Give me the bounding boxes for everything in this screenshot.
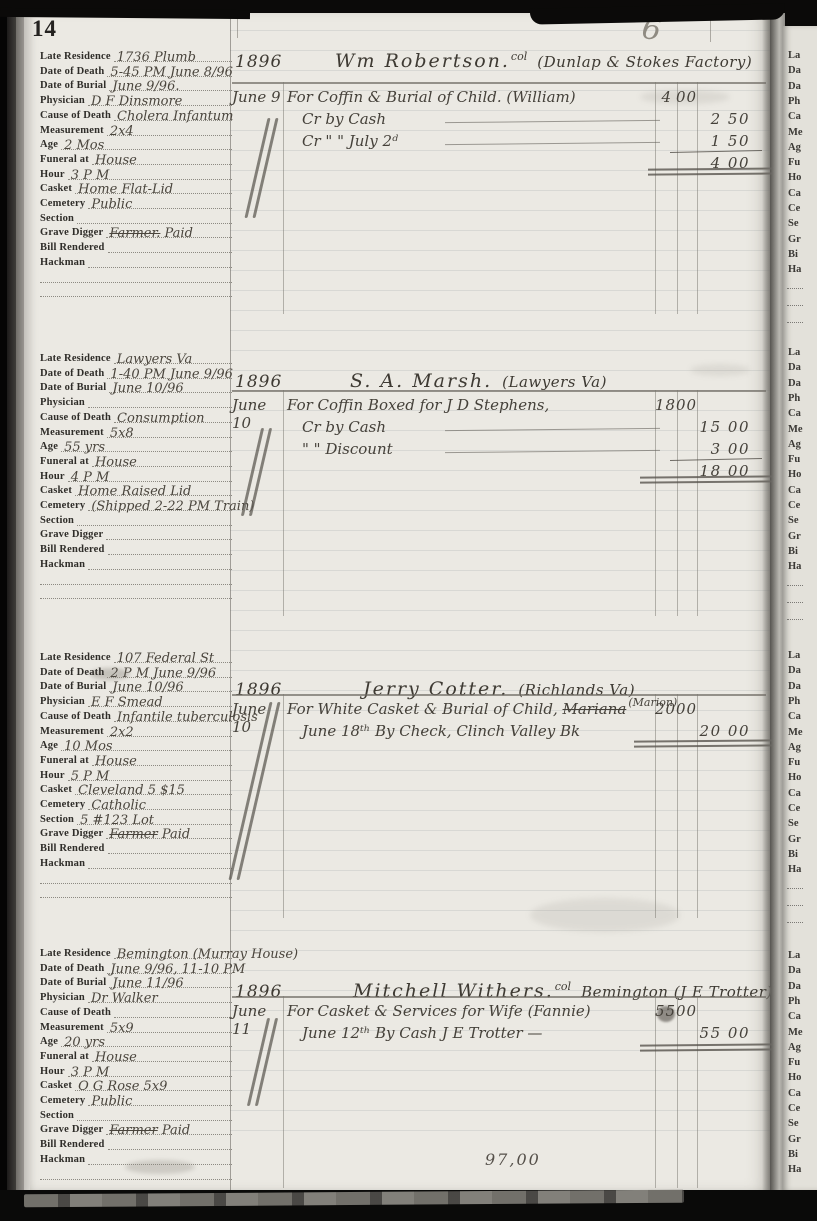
right-page-label-stub: Ag bbox=[788, 1042, 801, 1053]
ledger-line: June 10For White Casket & Burial of Chil… bbox=[230, 698, 770, 720]
right-page-label-stub: Gr bbox=[788, 234, 801, 245]
right-page-label-stub: Se bbox=[788, 218, 799, 229]
right-page-label-stub: Da bbox=[788, 665, 801, 676]
dotted-leader bbox=[77, 511, 232, 526]
form-label: Bill Rendered bbox=[40, 544, 108, 555]
form-row: Age20 yrs bbox=[40, 1032, 232, 1047]
dotted-leader: Cholera Infantum bbox=[114, 106, 232, 121]
right-page-label-stub: Me bbox=[788, 1027, 803, 1038]
form-label: Funeral at bbox=[40, 456, 92, 467]
form-row: Late ResidenceLawyers Va bbox=[40, 349, 232, 364]
ledger-line: Cr by Cash15 00 bbox=[230, 416, 770, 438]
dotted-leader: Catholic bbox=[88, 795, 232, 810]
entry-name: Mitchell Withers. bbox=[353, 980, 554, 1002]
dotted-leader: June 10/96 bbox=[109, 378, 232, 393]
form-label: Date of Death bbox=[40, 368, 107, 379]
right-page-label-stub: Ca bbox=[788, 485, 801, 496]
dotted-leader: 10 Mos bbox=[61, 736, 232, 751]
right-page-label-stub: La bbox=[788, 650, 800, 661]
right-page-label-stub: Ph bbox=[788, 696, 800, 707]
ledger-line: June 18ᵗʰ By Check, Clinch Valley Bk20 0… bbox=[230, 720, 770, 742]
right-page-label-stub: Ca bbox=[788, 1088, 801, 1099]
right-page-label-stub: Me bbox=[788, 424, 803, 435]
dotted-leader: Dr Walker bbox=[88, 988, 232, 1003]
debit-dollars: 20 bbox=[655, 700, 676, 718]
line-debit: 400 bbox=[655, 88, 699, 106]
dotted-leader: 5-45 PM June 8/96 bbox=[107, 62, 232, 77]
form-row: Age10 Mos bbox=[40, 736, 232, 751]
header-rule bbox=[232, 694, 766, 696]
page-edge-dash bbox=[787, 602, 803, 603]
right-page-label-stub: Da bbox=[788, 965, 801, 976]
dotted-leader: Farmer Paid bbox=[106, 1120, 232, 1135]
right-page-label-stub: Gr bbox=[788, 531, 801, 542]
dotted-leader: House bbox=[92, 751, 232, 766]
dotted-leader bbox=[40, 282, 232, 297]
form-row: Measurement5x9 bbox=[40, 1018, 232, 1033]
form-row: Measurement5x8 bbox=[40, 423, 232, 438]
ledger-line: June 11For Casket & Services for Wife (F… bbox=[230, 1000, 770, 1022]
dotted-leader bbox=[77, 209, 232, 224]
form-label: Cemetery bbox=[40, 198, 88, 209]
form-row: Grave DiggerFarmer Paid bbox=[40, 824, 232, 839]
form-row: PhysicianD F Dinsmore bbox=[40, 91, 232, 106]
dotted-leader: 4 P M bbox=[68, 467, 232, 482]
form-row: Measurement2x4 bbox=[40, 121, 232, 136]
dotted-leader: Public bbox=[88, 194, 232, 209]
page-edge-dash bbox=[787, 322, 803, 323]
page-edge-dash bbox=[787, 905, 803, 906]
dotted-leader: 55 yrs bbox=[61, 437, 232, 452]
dotted-leader: Home Raised Lid bbox=[75, 481, 232, 496]
dotted-leader: E F Smead bbox=[88, 692, 232, 707]
form-row: CasketHome Flat-Lid bbox=[40, 179, 232, 194]
line-credit: 15 00 bbox=[655, 418, 750, 436]
form-label: Age bbox=[40, 740, 61, 751]
entry-year: 1896 bbox=[235, 680, 295, 700]
dotted-leader: 3 P M bbox=[68, 165, 232, 180]
right-page-label-stub: Ha bbox=[788, 1164, 801, 1175]
dotted-leader: 1-40 PM June 9/96 bbox=[107, 364, 232, 379]
dotted-leader: 5x9 bbox=[107, 1018, 232, 1033]
form-row: Hackman bbox=[40, 1150, 232, 1165]
double-rule bbox=[640, 1048, 778, 1051]
form-row: Cause of DeathInfantile tuberculosis bbox=[40, 707, 232, 722]
line-text: " " Discount bbox=[302, 440, 393, 458]
page-gutter bbox=[762, 10, 785, 1200]
dotted-leader: O G Rose 5x9 bbox=[75, 1076, 232, 1091]
right-page-label-stub: Ha bbox=[788, 561, 801, 572]
right-page-label-stub: Ho bbox=[788, 772, 801, 783]
form-row: CasketO G Rose 5x9 bbox=[40, 1076, 232, 1091]
right-page-label-stub: Se bbox=[788, 1118, 799, 1129]
dotted-leader bbox=[108, 1135, 232, 1150]
form-label: Hour bbox=[40, 770, 68, 781]
dotted-leader: Bemington (Murray House) bbox=[114, 944, 232, 959]
debit-dollars: 18 bbox=[655, 396, 676, 414]
form-label: Hour bbox=[40, 471, 68, 482]
right-page-label-stub: Ca bbox=[788, 111, 801, 122]
right-page-label-stub: La bbox=[788, 347, 800, 358]
form-label: Date of Death bbox=[40, 66, 107, 77]
dotted-leader: 20 yrs bbox=[61, 1032, 232, 1047]
dotted-leader: Lawyers Va bbox=[114, 349, 232, 364]
form-label: Bill Rendered bbox=[40, 242, 108, 253]
right-page-label-stub: Ag bbox=[788, 742, 801, 753]
form-row: PhysicianE F Smead bbox=[40, 692, 232, 707]
debit-dollars: 55 bbox=[655, 1002, 676, 1020]
dotted-leader: June 9/96. bbox=[109, 76, 232, 91]
line-text: Cr by Cash bbox=[302, 110, 386, 128]
right-page-label-stub: Ho bbox=[788, 1072, 801, 1083]
bleed-through-mark bbox=[530, 898, 680, 932]
page-number: 14 bbox=[32, 16, 57, 42]
dotted-leader: Infantile tuberculosis bbox=[114, 707, 232, 722]
form-row: CasketHome Raised Lid bbox=[40, 481, 232, 496]
form-label: Bill Rendered bbox=[40, 843, 108, 854]
form-row: Hour5 P M bbox=[40, 766, 232, 781]
form-label: Physician bbox=[40, 95, 88, 106]
book-edge-strip bbox=[7, 0, 16, 1221]
ledger-line: 18 00 bbox=[230, 460, 770, 482]
form-row: Hour4 P M bbox=[40, 467, 232, 482]
form-label: Measurement bbox=[40, 125, 107, 136]
form-row: Date of BurialJune 9/96. bbox=[40, 76, 232, 91]
right-page-label-stub: Gr bbox=[788, 834, 801, 845]
form-label: Late Residence bbox=[40, 51, 114, 62]
right-page-label-stub: Ho bbox=[788, 172, 801, 183]
right-page-label-stub: Ca bbox=[788, 408, 801, 419]
form-label: Hackman bbox=[40, 257, 88, 268]
form-label: Grave Digger bbox=[40, 529, 106, 540]
dotted-leader: Public bbox=[88, 1091, 232, 1106]
dotted-leader: June 10/96 bbox=[109, 677, 232, 692]
form-row: Cause of DeathCholera Infantum bbox=[40, 106, 232, 121]
right-page-label-stub: Ca bbox=[788, 188, 801, 199]
header-rule bbox=[232, 390, 766, 392]
right-page-label-stub: Da bbox=[788, 378, 801, 389]
form-row: Bill Rendered bbox=[40, 238, 232, 253]
form-row bbox=[40, 1165, 232, 1180]
page-edge-dash bbox=[787, 922, 803, 923]
form-label: Date of Burial bbox=[40, 382, 109, 393]
book-edge-strip bbox=[0, 0, 7, 1221]
entry-header: 1896Wm Robertson.col(Dunlap & Stokes Fac… bbox=[235, 50, 762, 76]
right-page-label-stub: Ce bbox=[788, 803, 800, 814]
line-debit: 5500 bbox=[655, 1002, 699, 1020]
entry-name: Wm Robertson. bbox=[335, 50, 510, 72]
dotted-leader: 5 P M bbox=[68, 766, 232, 781]
line-text: June 18ᵗʰ By Check, Clinch Valley Bk bbox=[302, 722, 580, 740]
double-rule bbox=[640, 1043, 778, 1046]
form-label: Hackman bbox=[40, 1154, 88, 1165]
right-page-label-stub: Bi bbox=[788, 1149, 798, 1160]
right-page-label-stub: Fu bbox=[788, 757, 800, 768]
form-label: Cemetery bbox=[40, 1095, 88, 1106]
dotted-leader: 3 P M bbox=[68, 1062, 232, 1077]
form-label: Grave Digger bbox=[40, 828, 106, 839]
dotted-leader: 107 Federal St bbox=[114, 648, 232, 663]
right-page-label-stub: Da bbox=[788, 981, 801, 992]
form-label: Section bbox=[40, 213, 77, 224]
form-label: Section bbox=[40, 515, 77, 526]
form-row: Date of DeathJune 9/96, 11-10 PM bbox=[40, 959, 232, 974]
line-debit: 2000 bbox=[655, 700, 699, 718]
ledger-line: Cr " " July 2ᵈ1 50 bbox=[230, 130, 770, 152]
entry-name-note: (Dunlap & Stokes Factory) bbox=[537, 53, 752, 71]
right-page-label-stub: Ha bbox=[788, 264, 801, 275]
right-page-label-stub: Ca bbox=[788, 788, 801, 799]
dotted-leader bbox=[40, 584, 232, 599]
ledger-line: June 12ᵗʰ By Cash J E Trotter —55 00 bbox=[230, 1022, 770, 1044]
form-row: CemeteryCatholic bbox=[40, 795, 232, 810]
dotted-leader bbox=[40, 268, 232, 283]
dotted-leader: 2x4 bbox=[107, 121, 232, 136]
line-text: For White Casket & Burial of Child, Mari… bbox=[287, 700, 677, 718]
form-label: Section bbox=[40, 814, 77, 825]
right-page-label-stub: Ag bbox=[788, 439, 801, 450]
form-row: Measurement2x2 bbox=[40, 722, 232, 737]
debit-cents: 00 bbox=[676, 396, 697, 414]
form-label: Hackman bbox=[40, 858, 88, 869]
form-label: Age bbox=[40, 139, 61, 150]
form-row: Physician bbox=[40, 393, 232, 408]
filler-dash bbox=[445, 428, 660, 431]
entry-name: S. A. Marsh. bbox=[350, 370, 492, 392]
line-credit: 55 00 bbox=[655, 1024, 750, 1042]
right-page-label-stub: Ph bbox=[788, 393, 800, 404]
form-label: Late Residence bbox=[40, 353, 114, 364]
form-label: Cause of Death bbox=[40, 110, 114, 121]
line-credit: 3 00 bbox=[655, 440, 750, 458]
right-page-label-stub: Bi bbox=[788, 849, 798, 860]
form-label: Funeral at bbox=[40, 1051, 92, 1062]
right-page-label-stub: La bbox=[788, 50, 800, 61]
entry-name-note: (Lawyers Va) bbox=[502, 373, 607, 391]
right-page-label-stub: Se bbox=[788, 515, 799, 526]
dotted-leader bbox=[108, 839, 232, 854]
form-row: Date of Death1-40 PM June 9/96 bbox=[40, 364, 232, 379]
form-row: Hackman bbox=[40, 253, 232, 268]
dotted-leader bbox=[88, 393, 232, 408]
form-row: Grave DiggerFarmer Paid bbox=[40, 1120, 232, 1135]
dotted-leader: June 9/96, 11-10 PM bbox=[107, 959, 232, 974]
main-page: 14 6 97,00 Late Residence1736 PlumbDate … bbox=[30, 12, 770, 1190]
form-label: Cause of Death bbox=[40, 711, 114, 722]
form-label: Age bbox=[40, 1036, 61, 1047]
form-row: Section5 #123 Lot bbox=[40, 810, 232, 825]
line-credit: 1 50 bbox=[655, 132, 750, 150]
form-row bbox=[40, 584, 232, 599]
form-label: Date of Death bbox=[40, 963, 107, 974]
double-rule bbox=[634, 744, 778, 747]
form-label: Hour bbox=[40, 169, 68, 180]
line-date: June 9 bbox=[232, 88, 284, 106]
form-row: Hour3 P M bbox=[40, 1062, 232, 1077]
form-row: Section bbox=[40, 209, 232, 224]
double-rule bbox=[640, 480, 778, 483]
form-label: Physician bbox=[40, 992, 88, 1003]
form-label: Measurement bbox=[40, 1022, 107, 1033]
form-row: Date of Death2 P M June 9/96 bbox=[40, 663, 232, 678]
form-row bbox=[40, 268, 232, 283]
right-page-label-stub: Da bbox=[788, 681, 801, 692]
form-row: Hour3 P M bbox=[40, 165, 232, 180]
dotted-leader bbox=[88, 555, 232, 570]
ledger-line: Cr by Cash2 50 bbox=[230, 108, 770, 130]
tally-mark bbox=[249, 702, 269, 880]
right-page-label-stub: Fu bbox=[788, 157, 800, 168]
page-edge-dash bbox=[787, 888, 803, 889]
form-row: CemeteryPublic bbox=[40, 1091, 232, 1106]
form-row: Grave Digger bbox=[40, 525, 232, 540]
form-row: Funeral atHouse bbox=[40, 452, 232, 467]
form-label: Late Residence bbox=[40, 652, 114, 663]
dotted-leader: Home Flat-Lid bbox=[75, 179, 232, 194]
form-label: Age bbox=[40, 441, 61, 452]
form-row: Bill Rendered bbox=[40, 839, 232, 854]
entry-name-note: (Richlands Va) bbox=[518, 681, 635, 699]
dotted-leader bbox=[88, 253, 232, 268]
form-row bbox=[40, 570, 232, 585]
form-label: Casket bbox=[40, 784, 75, 795]
line-credit: 20 00 bbox=[655, 722, 750, 740]
form-row: CemeteryPublic bbox=[40, 194, 232, 209]
form-label: Date of Burial bbox=[40, 977, 109, 988]
line-text: Cr " " July 2ᵈ bbox=[302, 132, 398, 150]
debit-cents: 00 bbox=[676, 700, 697, 718]
form-label: Funeral at bbox=[40, 154, 92, 165]
form-row: Date of BurialJune 11/96 bbox=[40, 973, 232, 988]
form-row: Funeral atHouse bbox=[40, 1047, 232, 1062]
form-label: Bill Rendered bbox=[40, 1139, 108, 1150]
form-row: Age55 yrs bbox=[40, 437, 232, 452]
entry-year: 1896 bbox=[235, 372, 295, 392]
form-label: Physician bbox=[40, 397, 88, 408]
form-row: Cause of DeathConsumption bbox=[40, 408, 232, 423]
right-page-label-stub: La bbox=[788, 950, 800, 961]
right-page-label-stub: Ca bbox=[788, 1011, 801, 1022]
dotted-leader: Farmer. Paid bbox=[106, 223, 232, 238]
dotted-leader: Farmer Paid bbox=[106, 824, 232, 839]
line-text: For Coffin Boxed for J D Stephens, bbox=[287, 396, 549, 414]
dotted-leader bbox=[88, 854, 232, 869]
dotted-leader: House bbox=[92, 1047, 232, 1062]
right-page-label-stub: Fu bbox=[788, 1057, 800, 1068]
form-label: Grave Digger bbox=[40, 1124, 106, 1135]
page-edge-dash bbox=[787, 619, 803, 620]
filler-dash bbox=[445, 450, 660, 453]
dotted-leader bbox=[40, 570, 232, 585]
form-label: Cause of Death bbox=[40, 412, 114, 423]
right-page-label-stub: Da bbox=[788, 81, 801, 92]
right-page-label-stub: Ce bbox=[788, 1103, 800, 1114]
dotted-leader bbox=[40, 869, 232, 884]
form-label: Date of Death bbox=[40, 667, 107, 678]
form-row: Date of Death5-45 PM June 8/96 bbox=[40, 62, 232, 77]
form-label: Measurement bbox=[40, 427, 107, 438]
dotted-leader bbox=[40, 1165, 232, 1180]
form-label: Physician bbox=[40, 696, 88, 707]
scanned-ledger-page: 14 6 97,00 Late Residence1736 PlumbDate … bbox=[0, 0, 817, 1221]
entry-year: 1896 bbox=[235, 52, 295, 72]
dotted-leader: House bbox=[92, 150, 232, 165]
form-label: Casket bbox=[40, 183, 75, 194]
dotted-leader bbox=[114, 1003, 232, 1018]
line-credit: 2 50 bbox=[655, 110, 750, 128]
form-row: Cause of Death bbox=[40, 1003, 232, 1018]
dotted-leader: D F Dinsmore bbox=[88, 91, 232, 106]
form-row: Age2 Mos bbox=[40, 135, 232, 150]
dotted-leader bbox=[108, 238, 232, 253]
form-row: PhysicianDr Walker bbox=[40, 988, 232, 1003]
dotted-leader bbox=[77, 1106, 232, 1121]
form-row bbox=[40, 883, 232, 898]
right-page-label-stub: Ho bbox=[788, 469, 801, 480]
right-page-label-stub: Ce bbox=[788, 500, 800, 511]
entry-name-superscript: col bbox=[555, 980, 571, 993]
right-page-label-stub: Ph bbox=[788, 96, 800, 107]
right-page-label-stub: Gr bbox=[788, 1134, 801, 1145]
entry-name-superscript: col bbox=[511, 50, 527, 63]
form-label: Measurement bbox=[40, 726, 107, 737]
ledger-line: June 10For Coffin Boxed for J D Stephens… bbox=[230, 394, 770, 416]
dotted-leader bbox=[106, 525, 232, 540]
form-row: Late Residence1736 Plumb bbox=[40, 47, 232, 62]
header-rule bbox=[232, 82, 766, 84]
book-edge-strip bbox=[16, 0, 24, 1221]
dotted-leader: Cleveland 5 $15 bbox=[75, 780, 232, 795]
header-rule bbox=[232, 996, 766, 998]
form-label: Cemetery bbox=[40, 500, 88, 511]
form-row: Grave DiggerFarmer. Paid bbox=[40, 223, 232, 238]
form-label: Cemetery bbox=[40, 799, 88, 810]
right-page-label-stub: Me bbox=[788, 727, 803, 738]
form-row: Bill Rendered bbox=[40, 1135, 232, 1150]
form-row: Cemetery(Shipped 2-22 PM Train) bbox=[40, 496, 232, 511]
entry-name: Jerry Cotter. bbox=[363, 678, 508, 700]
line-debit: 1800 bbox=[655, 396, 699, 414]
page-edge-dash bbox=[787, 288, 803, 289]
page-edge-dash bbox=[787, 585, 803, 586]
debit-cents: 00 bbox=[676, 88, 697, 106]
form-row: Late ResidenceBemington (Murray House) bbox=[40, 944, 232, 959]
dotted-leader: 2 P M June 9/96 bbox=[107, 663, 232, 678]
form-label: Section bbox=[40, 1110, 77, 1121]
filler-dash bbox=[445, 142, 660, 145]
right-page-label-stub: Da bbox=[788, 65, 801, 76]
form-row: Section bbox=[40, 511, 232, 526]
dotted-leader: 5 #123 Lot bbox=[77, 810, 232, 825]
bottom-total: 97,00 bbox=[485, 1150, 541, 1169]
right-page-label-stub: Bi bbox=[788, 546, 798, 557]
debit-cents: 00 bbox=[676, 1002, 697, 1020]
tally-mark bbox=[257, 1018, 277, 1106]
dotted-leader: House bbox=[92, 452, 232, 467]
line-text: For Casket & Services for Wife (Fannie) bbox=[287, 1002, 591, 1020]
dotted-leader: June 11/96 bbox=[109, 973, 232, 988]
form-label: Date of Burial bbox=[40, 80, 109, 91]
form-label: Casket bbox=[40, 1080, 75, 1091]
double-rule bbox=[648, 172, 778, 175]
line-text: Cr by Cash bbox=[302, 418, 386, 436]
dotted-leader: (Shipped 2-22 PM Train) bbox=[88, 496, 232, 511]
dotted-leader: 2 Mos bbox=[61, 135, 232, 150]
form-row: Bill Rendered bbox=[40, 540, 232, 555]
form-label: Grave Digger bbox=[40, 227, 106, 238]
form-label: Hour bbox=[40, 1066, 68, 1077]
right-page-label-stub: Bi bbox=[788, 249, 798, 260]
